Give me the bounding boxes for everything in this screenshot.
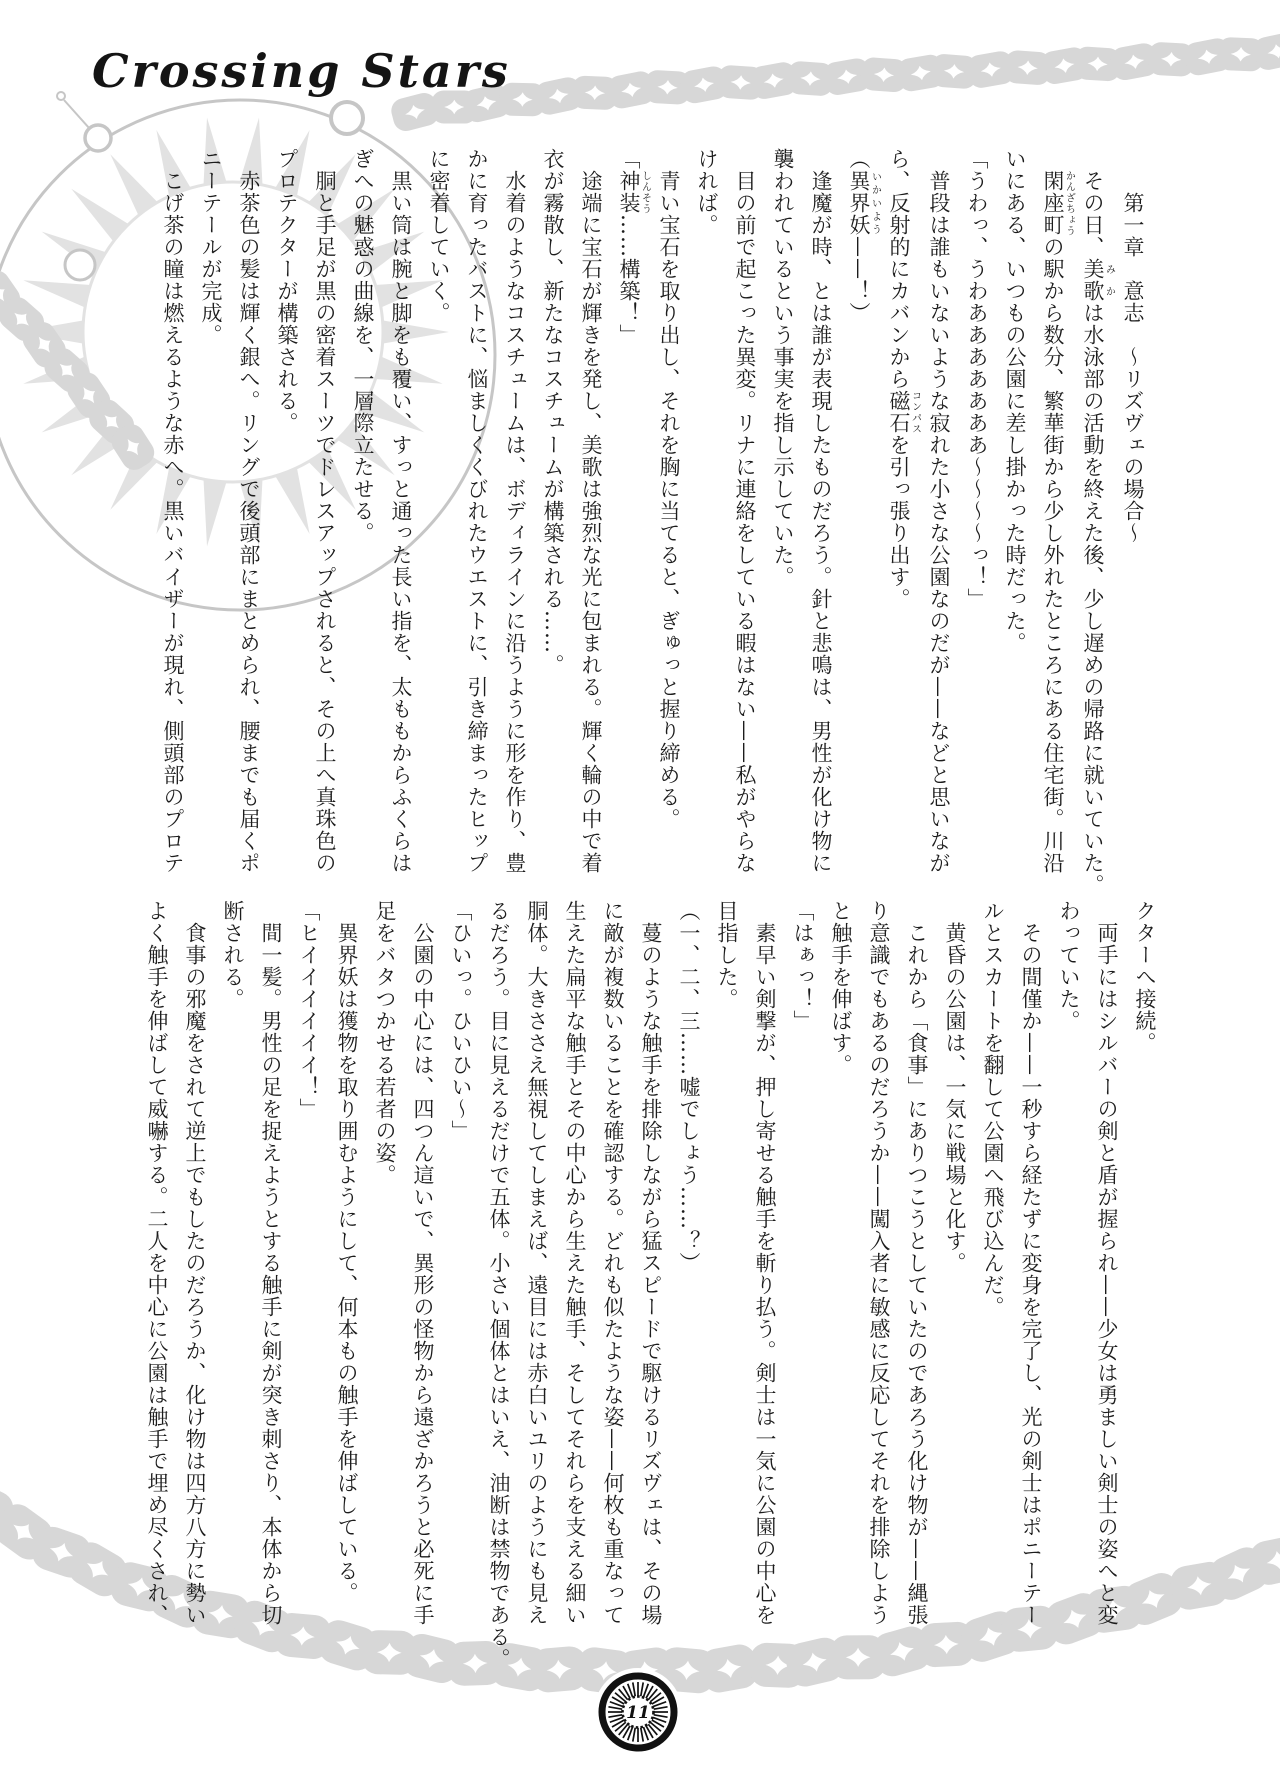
text-line: 素早い剣撃が、押し寄せる触手を斬り払う。剣士は一気に公園の中心を (746, 900, 784, 1624)
ruby-annotated-word: 磁石コンパス (887, 390, 911, 434)
text-line: いにある、いつもの公園に差し掛かった時だった。 (996, 148, 1034, 872)
text-line: に密着していく。 (420, 148, 458, 872)
text-line: 断される。 (214, 900, 252, 1624)
ruby-annotated-word: 異界妖いかいよう (847, 170, 871, 236)
ruby-annotated-word: 神装しんそう (617, 170, 641, 214)
text-line: 第一章 意志 ～リズヴェの場合～ (1114, 148, 1152, 872)
text-line: かに育ったバストに、悩ましくくびれたウエストに、引き締まったヒップ (458, 148, 496, 872)
text-line: 閑座町かんざちょうの駅から数分、繁華街から少し外れたところにある住宅街。川沿 (1034, 148, 1074, 872)
text-line: ら、反射的にカバンから磁石コンパスを引っ張り出す。 (880, 148, 920, 872)
page-number: 11 (626, 1703, 650, 1723)
text-line: 黒い筒は腕と脚をも覆い、すっと通った長い指を、太ももからふくらは (382, 148, 420, 872)
text-line: ルとスカートを翻して公園へ飛び込んだ。 (974, 900, 1012, 1624)
text-line: その日、美歌みかは水泳部の活動を終えた後、少し遅めの帰路に就いていた。 (1074, 148, 1114, 872)
text-line: 「神装しんそう……構築！」 (610, 148, 650, 872)
book-page: Crossing Stars 第一章 意志 ～リズヴェの場合～その日、美歌みかは… (0, 0, 1280, 1790)
text-line: こげ茶の瞳は燃えるような赤へ。黒いバイザーが現れ、側頭部のプロテ (154, 148, 192, 872)
text-line: 「はぁっ！」 (784, 900, 822, 1624)
text-line: 両手にはシルバーの剣と盾が握られ——少女は勇ましい剣士の姿へと変 (1088, 900, 1126, 1624)
text-line: に敵が複数いることを確認する。どれも似たような姿——何枚も重なって (594, 900, 632, 1624)
text-line: と触手を伸ばす。 (822, 900, 860, 1624)
text-line: 衣が霧散し、新たなコスチュームが構築される……。 (534, 148, 572, 872)
text-line: 公園の中心には、四つん這いで、異形の怪物から遠ざかろうと必死に手 (404, 900, 442, 1624)
bottom-text-block: クターへ接続。両手にはシルバーの剣と盾が握られ——少女は勇ましい剣士の姿へと変わ… (138, 900, 1164, 1624)
text-line: ぎへの魅惑の曲線を、一層際立たせる。 (344, 148, 382, 872)
text-line: 水着のようなコスチュームは、ボディラインに沿うように形を作り、豊 (496, 148, 534, 872)
text-line: （異界妖いかいよう——！） (840, 148, 880, 872)
page-number-emblem: 11 (586, 1660, 690, 1764)
text-line: り意識でもあるのだろうか——闖入者に敏感に反応してそれを排除しよう (860, 900, 898, 1624)
text-line: よく触手を伸ばして威嚇する。二人を中心に公園は触手で埋め尽くされ、 (138, 900, 176, 1624)
text-line: 食事の邪魔をされて逆上でもしたのだろうか、化け物は四方八方に勢い (176, 900, 214, 1624)
text-line: 胴と手足が黒の密着スーツでドレスアップされると、その上へ真珠色の (306, 148, 344, 872)
text-line: （一、二、三……嘘でしょう……？） (670, 900, 708, 1624)
text-line: これから「食事」にありつこうとしていたのであろう化け物が——縄張 (898, 900, 936, 1624)
text-line: るだろう。目に見えるだけで五体。小さい個体とはいえ、油断は禁物である。 (480, 900, 518, 1624)
text-line: 異界妖は獲物を取り囲むようにして、何本もの触手を伸ばしている。 (328, 900, 366, 1624)
text-line: わっていた。 (1050, 900, 1088, 1624)
text-line: 「ヒイイイイイイ！」 (290, 900, 328, 1624)
text-line: 「ひいっ。ひいひい～」 (442, 900, 480, 1624)
text-line: クターへ接続。 (1126, 900, 1164, 1624)
top-text-block: 第一章 意志 ～リズヴェの場合～その日、美歌みかは水泳部の活動を終えた後、少し遅… (154, 148, 1152, 872)
text-line: 生えた扁平な触手とその中心から生えた触手、そしてそれらを支える細い (556, 900, 594, 1624)
text-line: 間一髪。男性の足を捉えようとする触手に剣が突き刺さり、本体から切 (252, 900, 290, 1624)
text-line: プロテクターが構築される。 (268, 148, 306, 872)
text-line: 赤茶色の髪は輝く銀へ。リングで後頭部にまとめられ、腰までも届くポ (230, 148, 268, 872)
ruby-annotated-word: 閑座町かんざちょう (1041, 170, 1065, 236)
text-line: ニーテールが完成。 (192, 148, 230, 872)
book-title: Crossing Stars (92, 44, 511, 98)
text-line: 襲われているという事実を指し示していた。 (764, 148, 802, 872)
text-line: 胴体。大きささえ無視してしまえば、遠目には赤白いユリのようにも見え (518, 900, 556, 1624)
text-line: その間僅か——一秒すら経たずに変身を完了し、光の剣士はポニーテー (1012, 900, 1050, 1624)
text-line: 普段は誰もいないような寂れた小さな公園なのだが——などと思いなが (920, 148, 958, 872)
text-line: ければ。 (688, 148, 726, 872)
ruby-annotated-word: 美歌みか (1081, 258, 1105, 302)
text-line: 「うわっ、うわあああああああ～～～～っ！」 (958, 148, 996, 872)
text-line: 途端に宝石が輝きを発し、美歌は強烈な光に包まれる。輝く輪の中で着 (572, 148, 610, 872)
text-line: 青い宝石を取り出し、それを胸に当てると、ぎゅっと握り締める。 (650, 148, 688, 872)
text-line: 目の前で起こった異変。リナに連絡をしている暇はない——私がやらな (726, 148, 764, 872)
text-line: 逢魔が時、とは誰が表現したものだろう。針と悲鳴は、男性が化け物に (802, 148, 840, 872)
text-line: 足をバタつかせる若者の姿。 (366, 900, 404, 1624)
text-line: 目指した。 (708, 900, 746, 1624)
text-line: 蔓のような触手を排除しながら猛スピードで駆けるリズヴェは、その場 (632, 900, 670, 1624)
text-line: 黄昏の公園は、一気に戦場と化す。 (936, 900, 974, 1624)
